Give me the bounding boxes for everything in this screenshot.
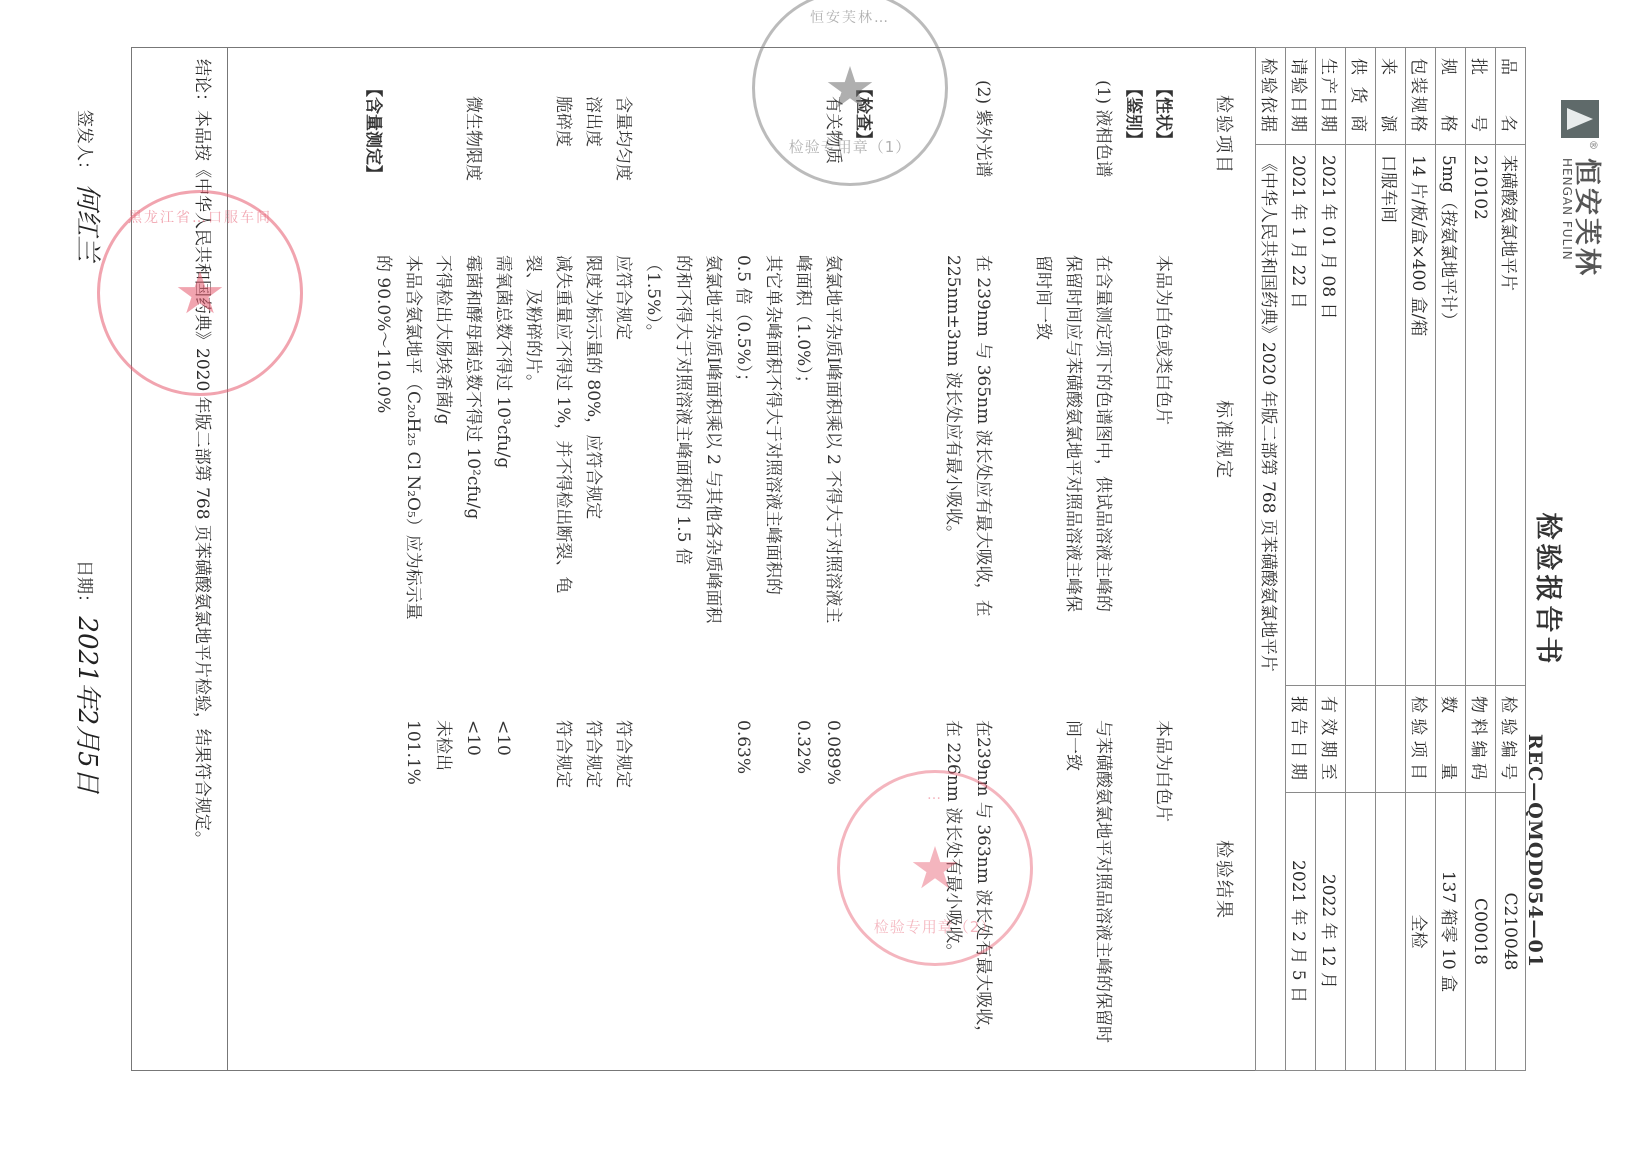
star-icon: ★ — [909, 839, 961, 897]
uniformity-result: 符合规定 — [608, 720, 638, 1050]
dissolution-standard: 限度为标示量的 80%，应符合规定 — [578, 255, 608, 625]
info-row: 品 名苯磺酸氨氯地平片检验编号C210048 — [1496, 48, 1526, 1071]
microbial-result: <10 — [488, 720, 518, 1050]
stamp-ring-text: … — [858, 787, 1012, 803]
related-result: 0.63% — [728, 720, 758, 1050]
appearance-standard: 本品为白色或类白色片 — [1148, 255, 1178, 625]
sign-date: 日期： 2021年2月5日 — [71, 560, 108, 794]
info-label: 规 格 — [1436, 48, 1466, 145]
info-row: 供 货 商 — [1346, 48, 1376, 1071]
hplc-item: (1) 液相色谱 — [1088, 80, 1118, 177]
microbial-standard-line: 需氧菌总数不得过 10³cfu/g — [488, 255, 518, 625]
info-label-2 — [1346, 686, 1376, 793]
info-label: 来 源 — [1376, 48, 1406, 145]
document-code: REC—QMQD054—01 — [1524, 734, 1546, 968]
column-header-item: 检验项目 — [1212, 95, 1238, 175]
related-standard-line: 氨氯地平杂质Ⅰ峰面积乘以 2 不得大于对照溶液主峰面积（1.0%）； — [788, 255, 848, 625]
uv-item: (2) 紫外光谱 — [968, 80, 998, 177]
info-label-2 — [1376, 686, 1406, 793]
info-value-2: C00018 — [1466, 793, 1496, 1071]
document-title: 检验报告书 — [1531, 420, 1570, 760]
info-value-2: 137 箱零 10 盒 — [1436, 793, 1466, 1071]
info-label-2: 物料编码 — [1466, 686, 1496, 793]
date-label: 日期： — [74, 560, 94, 611]
info-row: 规 格5mg（按氨氯地平计）数 量137 箱零 10 盒 — [1436, 48, 1466, 1071]
info-row: 来 源口服车间 — [1376, 48, 1406, 1071]
info-table: 品 名苯磺酸氨氯地平片检验编号C210048批 号210102物料编码C0001… — [1255, 47, 1526, 1071]
star-icon: ★ — [824, 59, 876, 117]
info-label: 包装规格 — [1406, 48, 1436, 145]
related-standard: 氨氯地平杂质Ⅰ峰面积乘以 2 不得大于对照溶液主峰面积（1.0%）； 其它单杂峰… — [638, 255, 848, 625]
info-value-2 — [1346, 793, 1376, 1071]
brand-name-cn: 恒安芙林 — [1573, 158, 1600, 278]
info-value-2 — [1376, 793, 1406, 1071]
stamp-sub-text: 检验专用章（2） — [840, 916, 1030, 937]
friability-item: 脆碎度 — [548, 80, 578, 147]
microbial-result: <10 — [458, 720, 488, 1050]
date-signature: 2021年2月5日 — [72, 616, 102, 793]
appearance-result: 本品为白色片 — [1148, 720, 1178, 1050]
hengan-logo-icon — [1561, 100, 1599, 138]
microbial-item: 微生物限度 — [458, 80, 488, 181]
microbial-results: <10 <10 未检出 — [428, 720, 518, 1050]
signer-label: 签发人： — [74, 110, 94, 178]
signer-signature: 何红兰 — [72, 183, 102, 261]
friability-standard: 减失重量应不得过 1%，并不得检出断裂、龟裂、及粉碎的片。 — [518, 255, 578, 625]
info-label: 供 货 商 — [1346, 48, 1376, 145]
info-row: 请验日期2021 年 1 月 22 日报告日期2021 年 2 月 5 日 — [1286, 48, 1316, 1071]
info-row: 批 号210102物料编码C00018 — [1466, 48, 1496, 1071]
stamp-ring-text: 恒安芙林… — [773, 7, 927, 27]
info-label-2: 有效期至 — [1316, 686, 1346, 793]
hplc-result: 与苯磺酸氨氯地平对照品溶液主峰的保留时间一致 — [1058, 720, 1118, 1050]
related-standard-line: 其它单杂峰面积不得大于对照溶液主峰面积的 0.5 倍（0.5%）； — [728, 255, 788, 625]
dissolution-item: 溶出度 — [578, 80, 608, 147]
uniformity-standard: 应符合规定 — [608, 255, 638, 625]
info-value: 14 片/板/盒×400 盒/箱 — [1406, 145, 1436, 686]
info-value — [1346, 145, 1376, 686]
hplc-standard: 在含量测定项下的色谱图中，供试品溶液主峰的保留时间应与苯磺酸氨氯地平对照品溶液主… — [1028, 255, 1118, 625]
info-value: 5mg（按氨氯地平计） — [1436, 145, 1466, 686]
related-result: 0.32% — [788, 720, 818, 1050]
qc-stamp-2: … ★ 检验专用章（2） — [837, 770, 1033, 966]
info-value-2: C210048 — [1496, 793, 1526, 1071]
microbial-standard-line: 霉菌和酵母菌总数不得过 10²cfu/g — [458, 255, 488, 625]
section-appearance: 【性状】 — [1148, 80, 1178, 148]
info-row-basis: 检验依据 《中华人民共和国药典》2020 年版二部第 768 页苯磺酸氨氯地平片 — [1256, 48, 1286, 1071]
related-standard-line: 氨氯地平杂质Ⅰ峰面积乘以 2 与其他各杂质峰面积的和不得大于对照溶液主峰面积的 … — [638, 255, 728, 625]
company-logo: ® 恒安芙林 HENGAN FULIN — [1560, 100, 1600, 278]
info-label: 品 名 — [1496, 48, 1526, 145]
stamp-ring-text: 黑龙江省…口服车间 — [118, 207, 282, 227]
info-label-2: 检验项目 — [1406, 686, 1436, 793]
microbial-standard: 需氧菌总数不得过 10³cfu/g 霉菌和酵母菌总数不得过 10²cfu/g 不… — [428, 255, 518, 625]
inspection-report-page: ® 恒安芙林 HENGAN FULIN 检验报告书 REC—QMQD054—01… — [0, 0, 1638, 1158]
info-label: 请验日期 — [1286, 48, 1316, 145]
info-label: 生产日期 — [1316, 48, 1346, 145]
microbial-standard-line: 不得检出大肠埃希菌/g — [428, 255, 458, 625]
info-value-2: 全检 — [1406, 793, 1436, 1071]
info-value: 《中华人民共和国药典》2020 年版二部第 768 页苯磺酸氨氯地平片 — [1256, 145, 1286, 1071]
info-value-2: 2022 年 12 月 — [1316, 793, 1346, 1071]
dissolution-result: 符合规定 — [578, 720, 608, 1050]
info-label: 批 号 — [1466, 48, 1496, 145]
section-assay: 【含量测定】 — [358, 80, 388, 182]
info-label-2: 报告日期 — [1286, 686, 1316, 793]
workshop-stamp: 黑龙江省…口服车间 ★ — [97, 190, 303, 396]
uv-standard: 在 239nm 与 365nm 波长处应有最大吸收，在 225nm±3nm 波长… — [938, 255, 998, 625]
info-row: 包装规格14 片/板/盒×400 盒/箱检验项目全检 — [1406, 48, 1436, 1071]
info-label: 检验依据 — [1256, 48, 1286, 145]
stamp-sub-text: 检验专用章（1） — [755, 136, 945, 157]
section-identification: 【鉴别】 — [1118, 80, 1148, 148]
column-header-standard: 标准规定 — [1212, 400, 1238, 480]
info-label-2: 检验编号 — [1496, 686, 1526, 793]
friability-result: 符合规定 — [548, 720, 578, 1050]
microbial-result: 未检出 — [428, 720, 458, 1050]
info-value: 口服车间 — [1376, 145, 1406, 686]
info-row: 生产日期2021 年 01 月 08 日有效期至2022 年 12 月 — [1316, 48, 1346, 1071]
registered-mark-icon: ® — [1588, 140, 1599, 150]
assay-result: 101.1% — [398, 720, 428, 1050]
brand-name-en: HENGAN FULIN — [1560, 158, 1573, 278]
info-value: 210102 — [1466, 145, 1496, 686]
info-value: 2021 年 1 月 22 日 — [1286, 145, 1316, 686]
info-value: 苯磺酸氨氯地平片 — [1496, 145, 1526, 686]
uniformity-item: 含量均匀度 — [608, 80, 638, 181]
info-label-2: 数 量 — [1436, 686, 1466, 793]
related-results: 0.089% 0.32% 0.63% — [728, 720, 848, 1050]
column-header-result: 检验结果 — [1212, 840, 1238, 920]
info-value-2: 2021 年 2 月 5 日 — [1286, 793, 1316, 1071]
star-icon: ★ — [174, 264, 226, 322]
signer: 签发人： 何红兰 — [71, 110, 108, 261]
info-value: 2021 年 01 月 08 日 — [1316, 145, 1346, 686]
assay-standard: 本品含氨氯地平（C₂₀H₂₅ Cl N₂O₅）应为标示量的 90.0%～110.… — [368, 255, 428, 625]
